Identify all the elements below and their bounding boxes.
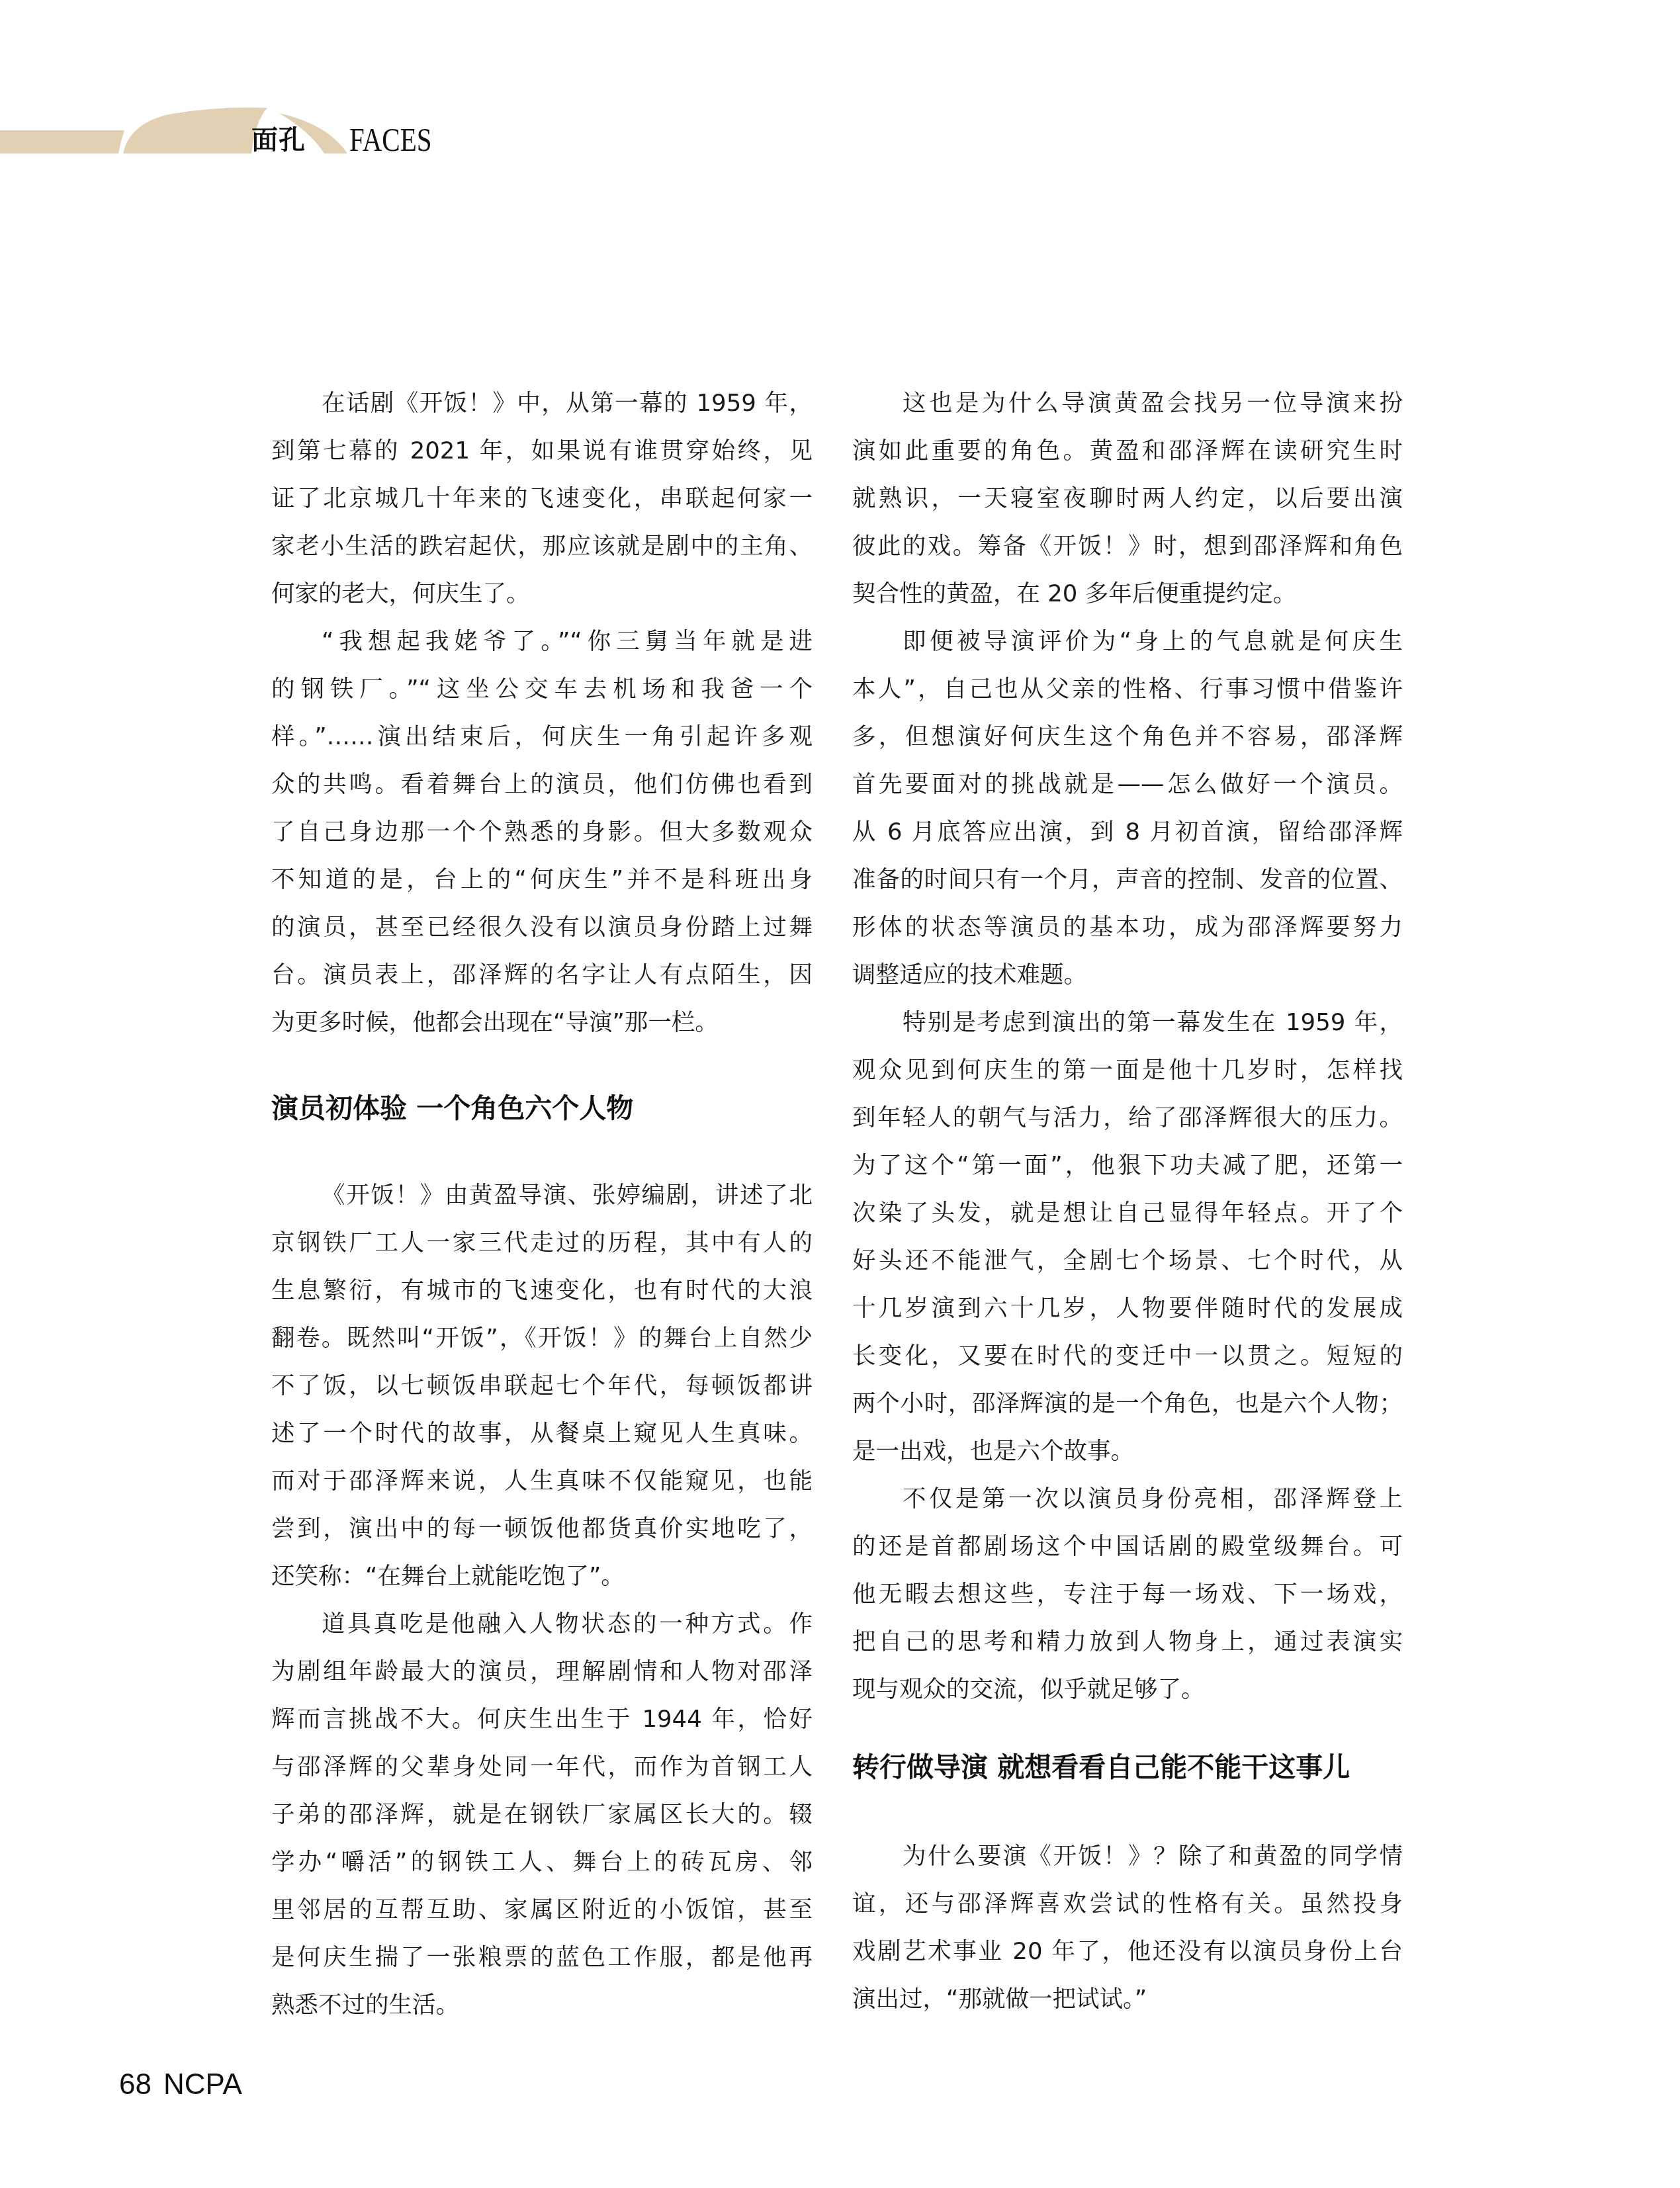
text-line: 就熟识，一天寝室夜聊时两人约定，以后要出演 bbox=[852, 486, 1403, 512]
page-footer: 68NCPA bbox=[119, 2068, 242, 2101]
text-line: 何家的老大，何庆生了。 bbox=[271, 581, 530, 607]
text-line: 台。演员表上，邵泽辉的名字让人有点陌生，因 bbox=[271, 962, 813, 988]
text-line: 形体的状态等演员的基本功，成为邵泽辉要努力 bbox=[852, 914, 1403, 941]
text-line: 了自己身边那一个个熟悉的身影。但大多数观众 bbox=[271, 819, 813, 846]
magazine-page: 面孔 FACES 在话剧《开饭！》中，从第一幕的 1959 年， 到第七幕的 2… bbox=[0, 0, 1680, 2188]
text-line: 辉而言挑战不大。何庆生出生于 1944 年，恰好 bbox=[271, 1706, 813, 1733]
text-line: 谊，还与邵泽辉喜欢尝试的性格有关。虽然投身 bbox=[852, 1891, 1403, 1917]
text-line: 两个小时，邵泽辉演的是一个角色，也是六个人物； bbox=[852, 1391, 1403, 1417]
text-line: 多，但想演好何庆生这个角色并不容易，邵泽辉 bbox=[852, 724, 1403, 750]
text-line: 为更多时候，他都会出现在“导演”那一栏。 bbox=[271, 1010, 719, 1036]
page-number: 68 bbox=[119, 2068, 152, 2101]
text-line: 演如此重要的角色。黄盈和邵泽辉在读研究生时 bbox=[852, 438, 1403, 464]
text-line: 熟悉不过的生活。 bbox=[271, 1992, 459, 2019]
text-line: 现与观众的交流，似乎就足够了。 bbox=[852, 1677, 1205, 1703]
text-line: 述了一个时代的故事，从餐桌上窥见人生真味。 bbox=[271, 1421, 813, 1447]
text-line: 样。”……演出结束后，何庆生一角引起许多观 bbox=[271, 724, 813, 750]
text-line: 的钢铁厂。”“这坐公交车去机场和我爸一个 bbox=[271, 676, 813, 703]
text-line: 的还是首都剧场这个中国话剧的殿堂级舞台。可 bbox=[852, 1534, 1403, 1560]
text-line: 为剧组年龄最大的演员，理解剧情和人物对邵泽 bbox=[271, 1659, 813, 1685]
text-line: 为了这个“第一面”，他狠下功夫减了肥，还第一 bbox=[852, 1153, 1403, 1179]
text-line: 而对于邵泽辉来说，人生真味不仅能窥见，也能 bbox=[271, 1468, 813, 1495]
text-line: “我想起我姥爷了。”“你三舅当年就是进 bbox=[322, 629, 813, 655]
publication-name: NCPA bbox=[163, 2068, 242, 2101]
text-line: 学办“嚼活”的钢铁工人、舞台上的砖瓦房、邻 bbox=[271, 1849, 813, 1876]
text-line: 是一出戏，也是六个故事。 bbox=[852, 1438, 1134, 1465]
text-line: 彼此的戏。筹备《开饭！》时，想到邵泽辉和角色 bbox=[852, 533, 1403, 560]
text-line: 次染了头发，就是想让自己显得年轻点。开了个 bbox=[852, 1200, 1403, 1227]
text-line: 他无暇去想这些，专注于每一场戏、下一场戏， bbox=[852, 1581, 1403, 1608]
text-line: 还笑称：“在舞台上就能吃饱了”。 bbox=[271, 1563, 625, 1590]
text-line: 好头还不能泄气，全剧七个场景、七个时代，从 bbox=[852, 1248, 1403, 1274]
text-line: 到第七幕的 2021 年，如果说有谁贯穿始终，见 bbox=[271, 438, 813, 464]
text-line: 翻卷。既然叫“开饭”，《开饭！》的舞台上自然少 bbox=[271, 1325, 813, 1352]
text-line: 为什么要演《开饭！》？除了和黄盈的同学情 bbox=[903, 1843, 1403, 1870]
text-line: 《开饭！》由黄盈导演、张婷编剧，讲述了北 bbox=[322, 1182, 813, 1209]
text-line: 京钢铁厂工人一家三代走过的历程，其中有人的 bbox=[271, 1230, 813, 1256]
section-title-en: FACES bbox=[349, 123, 432, 156]
text-line: 是何庆生揣了一张粮票的蓝色工作服，都是他再 bbox=[271, 1945, 813, 1971]
text-line: 从 6 月底答应出演，到 8 月初首演，留给邵泽辉 bbox=[852, 819, 1403, 846]
text-line: 在话剧《开饭！》中，从第一幕的 1959 年， bbox=[322, 390, 813, 417]
text-line: 戏剧艺术事业 20 年了，他还没有以演员身份上台 bbox=[852, 1939, 1403, 1965]
text-line: 到年轻人的朝气与活力，给了邵泽辉很大的压力。 bbox=[852, 1105, 1403, 1131]
text-line: 里邻居的互帮互助、家属区附近的小饭馆，甚至 bbox=[271, 1897, 813, 1923]
text-line: 首先要面对的挑战就是——怎么做好一个演员。 bbox=[852, 771, 1403, 798]
text-line: 子弟的邵泽辉，就是在钢铁厂家属区长大的。辍 bbox=[271, 1802, 813, 1828]
text-line: 观众见到何庆生的第一面是他十几岁时，怎样找 bbox=[852, 1057, 1403, 1084]
text-line: 演出过，“那就做一把试试。” bbox=[852, 1986, 1147, 2013]
text-line: 调整适应的技术难题。 bbox=[852, 962, 1087, 988]
text-line: 把自己的思考和精力放到人物身上，通过表演实 bbox=[852, 1629, 1403, 1655]
text-line: 家老小生活的跌宕起伏，那应该就是剧中的主角、 bbox=[271, 533, 813, 560]
text-line: 不知道的是，台上的“何庆生”并不是科班出身 bbox=[271, 867, 813, 893]
section-heading: 演员初体验 一个角色六个人物 bbox=[271, 1093, 633, 1123]
text-line: 本人”，自己也从父亲的性格、行事习惯中借鉴许 bbox=[852, 676, 1403, 703]
text-line: 十几岁演到六十几岁，人物要伴随时代的发展成 bbox=[852, 1295, 1403, 1322]
text-line: 契合性的黄盈，在 20 多年后便重提约定。 bbox=[852, 581, 1296, 607]
text-line: 尝到，演出中的每一顿饭他都货真价实地吃了， bbox=[271, 1516, 813, 1542]
text-line: 特别是考虑到演出的第一幕发生在 1959 年， bbox=[903, 1010, 1403, 1036]
text-line: 不了饭，以七顿饭串联起七个年代，每顿饭都讲 bbox=[271, 1373, 813, 1399]
text-line: 长变化，又要在时代的变迁中一以贯之。短短的 bbox=[852, 1343, 1403, 1370]
text-line: 证了北京城几十年来的飞速变化，串联起何家一 bbox=[271, 486, 813, 512]
text-line: 生息繁衍，有城市的飞速变化，也有时代的大浪 bbox=[271, 1278, 813, 1304]
text-line: 这也是为什么导演黄盈会找另一位导演来扮 bbox=[903, 390, 1403, 417]
text-line: 即便被导演评价为“身上的气息就是何庆生 bbox=[903, 629, 1403, 655]
text-line: 不仅是第一次以演员身份亮相，邵泽辉登上 bbox=[903, 1486, 1403, 1512]
text-line: 众的共鸣。看着舞台上的演员，他们仿佛也看到 bbox=[271, 771, 813, 798]
text-line: 道具真吃是他融入人物状态的一种方式。作 bbox=[322, 1611, 813, 1638]
text-line: 准备的时间只有一个月，声音的控制、发音的位置、 bbox=[852, 867, 1403, 893]
text-line: 与邵泽辉的父辈身处同一年代，而作为首钢工人 bbox=[271, 1754, 813, 1780]
text-line: 的演员，甚至已经很久没有以演员身份踏上过舞 bbox=[271, 914, 813, 941]
section-title-cn: 面孔 bbox=[251, 126, 306, 155]
section-heading: 转行做导演 就想看看自己能不能干这事儿 bbox=[852, 1752, 1350, 1782]
